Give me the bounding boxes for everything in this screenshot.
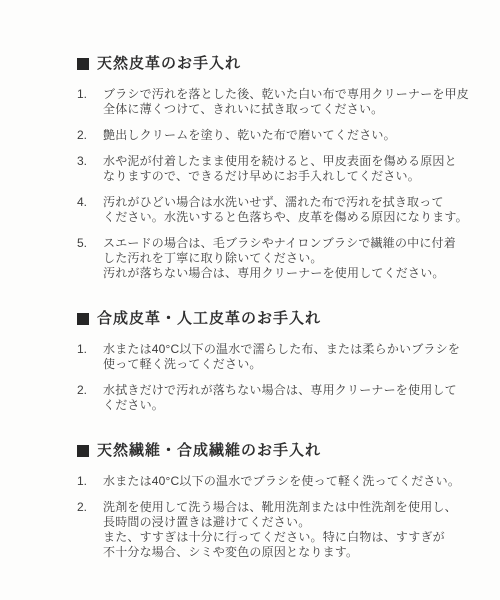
black-square-icon	[77, 445, 89, 457]
list-item-text: 水拭きだけで汚れが落ちない場合は、専用クリーナーを使用して ください。	[103, 383, 470, 413]
list-item-line: 汚れがひどい場合は水洗いせず、濡れた布で汚れを拭き取って	[103, 195, 470, 210]
list-item-line: 全体に薄くつけて、きれいに拭き取ってください。	[103, 102, 470, 117]
list-item-line: 水拭きだけで汚れが落ちない場合は、専用クリーナーを使用して	[103, 383, 470, 398]
list-item: 2. 洗剤を使用して洗う場合は、靴用洗剤または中性洗剤を使用し、 長時間の浸け置…	[77, 500, 470, 560]
list-item-line: 長時間の浸け置きは避けてください。	[103, 515, 470, 530]
list-item-text: 水または40°C以下の温水でブラシを使って軽く洗ってください。	[103, 474, 470, 489]
list-item-number: 1.	[77, 87, 103, 117]
list-item-line: ブラシで汚れを落とした後、乾いた白い布で専用クリーナーを甲皮	[103, 87, 470, 102]
list-item: 2. 水拭きだけで汚れが落ちない場合は、専用クリーナーを使用して ください。	[77, 383, 470, 413]
list-item-number: 4.	[77, 195, 103, 225]
list-item-text: ブラシで汚れを落とした後、乾いた白い布で専用クリーナーを甲皮 全体に薄くつけて、…	[103, 87, 470, 117]
list-item-number: 2.	[77, 500, 103, 560]
list-item-line: ください。水洗いすると色落ちや、皮革を傷める原因になります。	[103, 210, 470, 225]
list-item-line: 艶出しクリームを塗り、乾いた布で磨いてください。	[103, 128, 470, 143]
list-item: 1. 水または40°C以下の温水で濡らした布、または柔らかいブラシを 使って軽く…	[77, 342, 470, 372]
care-instructions-document: 天然皮革のお手入れ 1. ブラシで汚れを落とした後、乾いた白い布で専用クリーナー…	[0, 0, 500, 600]
section-heading: 天然皮革のお手入れ	[77, 55, 470, 73]
list-item-line: 不十分な場合、シミや変色の原因となります。	[103, 545, 470, 560]
care-section-synthetic-leather: 合成皮革・人工皮革のお手入れ 1. 水または40°C以下の温水で濡らした布、また…	[77, 310, 470, 413]
list-item-number: 2.	[77, 383, 103, 413]
care-section-fibers: 天然繊維・合成繊維のお手入れ 1. 水または40°C以下の温水でブラシを使って軽…	[77, 442, 470, 560]
list-item-text: 汚れがひどい場合は水洗いせず、濡れた布で汚れを拭き取って ください。水洗いすると…	[103, 195, 470, 225]
list-item-number: 3.	[77, 154, 103, 184]
list-item: 1. ブラシで汚れを落とした後、乾いた白い布で専用クリーナーを甲皮 全体に薄くつ…	[77, 87, 470, 117]
list-item-number: 1.	[77, 342, 103, 372]
section-title: 合成皮革・人工皮革のお手入れ	[97, 310, 321, 328]
list-item: 3. 水や泥が付着したまま使用を続けると、甲皮表面を傷める原因と なりますので、…	[77, 154, 470, 184]
list-item-line: また、すすぎは十分に行ってください。特に白物は、すすぎが	[103, 530, 470, 545]
care-steps-list: 1. ブラシで汚れを落とした後、乾いた白い布で専用クリーナーを甲皮 全体に薄くつ…	[77, 87, 470, 281]
list-item-text: 水や泥が付着したまま使用を続けると、甲皮表面を傷める原因と なりますので、できる…	[103, 154, 470, 184]
section-heading: 天然繊維・合成繊維のお手入れ	[77, 442, 470, 460]
list-item: 4. 汚れがひどい場合は水洗いせず、濡れた布で汚れを拭き取って ください。水洗い…	[77, 195, 470, 225]
list-item: 5. スエードの場合は、毛ブラシやナイロンブラシで繊維の中に付着 した汚れを丁寧…	[77, 236, 470, 281]
list-item-line: なりますので、できるだけ早めにお手入れしてください。	[103, 169, 470, 184]
list-item: 2. 艶出しクリームを塗り、乾いた布で磨いてください。	[77, 128, 470, 143]
list-item-line: 汚れが落ちない場合は、専用クリーナーを使用してください。	[103, 266, 470, 281]
care-steps-list: 1. 水または40°C以下の温水でブラシを使って軽く洗ってください。 2. 洗剤…	[77, 474, 470, 560]
list-item: 1. 水または40°C以下の温水でブラシを使って軽く洗ってください。	[77, 474, 470, 489]
list-item-line: 水や泥が付着したまま使用を続けると、甲皮表面を傷める原因と	[103, 154, 470, 169]
list-item-number: 5.	[77, 236, 103, 281]
list-item-line: ください。	[103, 398, 470, 413]
section-heading: 合成皮革・人工皮革のお手入れ	[77, 310, 470, 328]
list-item-line: 水または40°C以下の温水で濡らした布、または柔らかいブラシを	[103, 342, 470, 357]
section-title: 天然皮革のお手入れ	[97, 55, 241, 73]
list-item-line: 水または40°C以下の温水でブラシを使って軽く洗ってください。	[103, 474, 470, 489]
list-item-text: 洗剤を使用して洗う場合は、靴用洗剤または中性洗剤を使用し、 長時間の浸け置きは避…	[103, 500, 470, 560]
care-steps-list: 1. 水または40°C以下の温水で濡らした布、または柔らかいブラシを 使って軽く…	[77, 342, 470, 413]
list-item-text: スエードの場合は、毛ブラシやナイロンブラシで繊維の中に付着 した汚れを丁寧に取り…	[103, 236, 470, 281]
list-item-text: 水または40°C以下の温水で濡らした布、または柔らかいブラシを 使って軽く洗って…	[103, 342, 470, 372]
list-item-text: 艶出しクリームを塗り、乾いた布で磨いてください。	[103, 128, 470, 143]
list-item-line: 洗剤を使用して洗う場合は、靴用洗剤または中性洗剤を使用し、	[103, 500, 470, 515]
list-item-line: した汚れを丁寧に取り除いてください。	[103, 251, 470, 266]
list-item-number: 1.	[77, 474, 103, 489]
list-item-line: 使って軽く洗ってください。	[103, 357, 470, 372]
section-title: 天然繊維・合成繊維のお手入れ	[97, 442, 321, 460]
list-item-number: 2.	[77, 128, 103, 143]
care-section-natural-leather: 天然皮革のお手入れ 1. ブラシで汚れを落とした後、乾いた白い布で専用クリーナー…	[77, 55, 470, 281]
black-square-icon	[77, 313, 89, 325]
black-square-icon	[77, 58, 89, 70]
list-item-line: スエードの場合は、毛ブラシやナイロンブラシで繊維の中に付着	[103, 236, 470, 251]
